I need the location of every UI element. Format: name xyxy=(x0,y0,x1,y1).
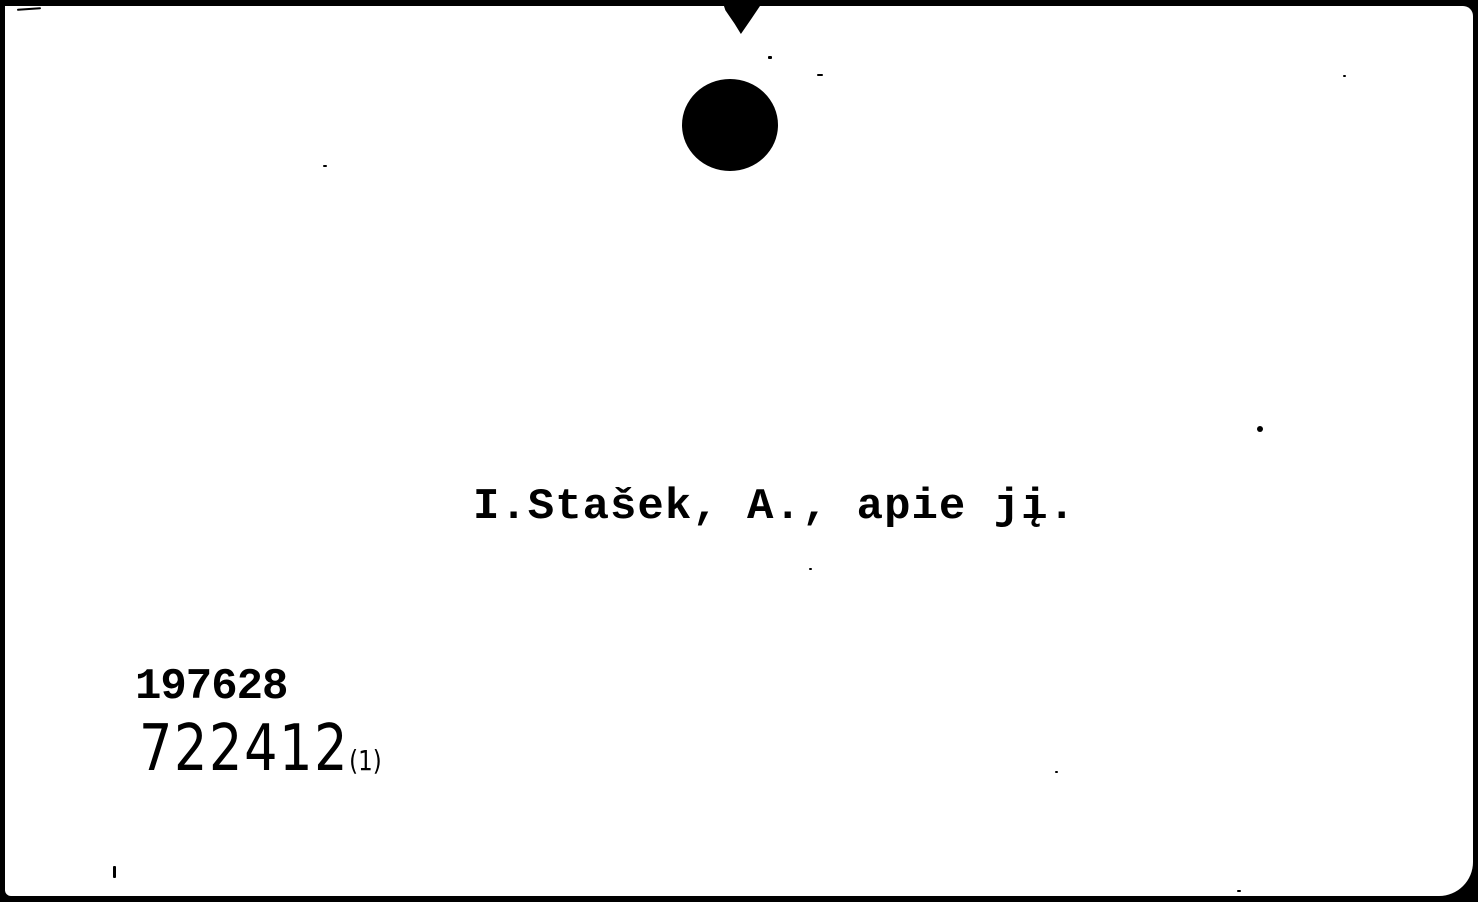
handwritten-number: 722412 xyxy=(139,712,349,786)
scan-speck xyxy=(323,165,327,167)
scan-speck xyxy=(768,56,772,59)
scan-speck xyxy=(1055,771,1058,773)
handwritten-call-number: 722412(1) xyxy=(139,712,382,786)
punch-hole xyxy=(682,79,778,171)
scan-speck xyxy=(1237,890,1241,892)
catalog-entry-text: I.Stašek, A., apie jį. xyxy=(473,482,1076,532)
accession-number: 197628 xyxy=(135,662,287,712)
handwritten-suffix: (1) xyxy=(349,744,382,777)
scan-speck xyxy=(817,74,823,76)
scan-speck xyxy=(1257,426,1263,432)
scan-speck xyxy=(113,866,116,878)
catalog-card: I.Stašek, A., apie jį. 197628 722412(1) xyxy=(5,6,1473,896)
scan-speck xyxy=(1343,75,1346,77)
scan-speck xyxy=(17,7,41,11)
scan-speck xyxy=(809,568,812,570)
